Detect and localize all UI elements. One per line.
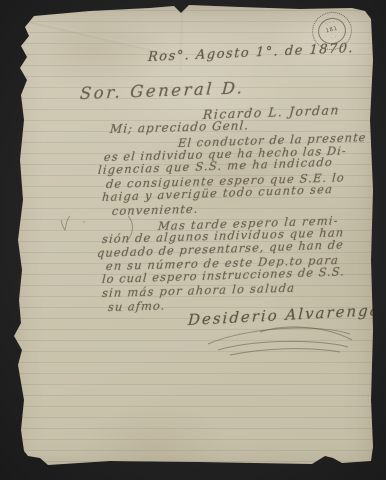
dateline: Ros°. Agosto 1°. de 1870. [148,41,355,65]
closing: su afmo. [107,298,165,314]
body-line: conveniente. [111,202,199,218]
paper-crease-topleft [22,18,169,55]
salutation: Sor. General D. [79,78,245,103]
letter-paper: · · · 181 · · Ros°. Agosto 1°. de 1870. … [0,0,386,480]
signature: Desiderio Alvarenga [188,301,382,329]
document-scan: · · · 181 · · Ros°. Agosto 1°. de 1870. … [0,0,386,480]
greeting: Mi; apreciado Genl. [109,118,249,136]
